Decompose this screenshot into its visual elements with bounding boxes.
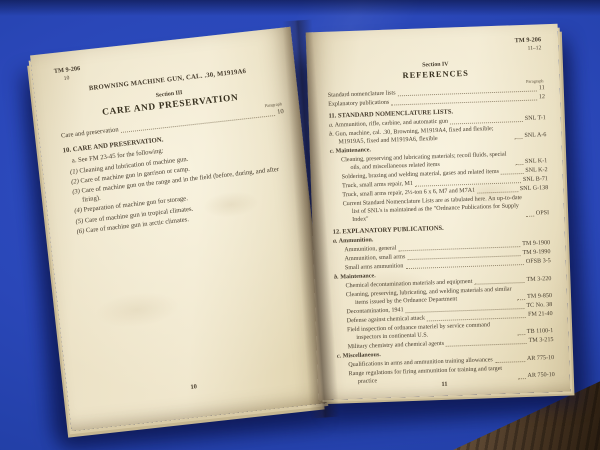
entry-letter: b. [334, 275, 339, 281]
contents-ref: 11 [539, 84, 545, 92]
right-page: TM 9-206 11–12 Section IV REFERENCES Par… [306, 24, 571, 401]
leader-dots [474, 281, 524, 285]
contents-text: Explanatory publications [328, 99, 389, 109]
entry-ref: FM 21-40 [528, 310, 553, 319]
entry-text: Ammunition, general [344, 245, 396, 253]
entry-text: Range regulations for firing ammunition … [349, 366, 503, 385]
entry-text: Miscellaneous. [343, 352, 381, 359]
entry-text: Small arms ammunition [345, 263, 404, 271]
entry-ref: SNL K-2 [525, 166, 548, 175]
leader-dots [450, 119, 523, 124]
entry-text: Maintenance. [340, 273, 376, 280]
entry-ref: AR 750-10 [527, 371, 555, 380]
entry-text: Current Standard Nomenclature Lists are … [343, 195, 522, 223]
leader-dots [517, 333, 525, 335]
contents-ref: 12 [539, 93, 545, 101]
entry-ref: SNL G-138 [520, 184, 549, 193]
entry-text: Truck, small arms repair, M1 [342, 181, 413, 189]
entry-ref: SNL K-1 [525, 157, 548, 166]
entry-ref: SNL T-1 [525, 114, 546, 123]
reference-list: a. Ammunition. Ammunition, general TM 9-… [333, 230, 555, 386]
page-number: 10 [190, 382, 197, 392]
leader-dots [477, 190, 518, 193]
item-number: (5) [75, 217, 83, 225]
entry-text: Ammunition, small arms [344, 254, 405, 262]
entry-ref: TM 9-1900 [522, 239, 550, 248]
block-number: 12. [333, 228, 341, 235]
entry-ref: TB 1100-1 [527, 327, 554, 336]
leader-dots [495, 360, 525, 363]
leader-dots [517, 298, 525, 300]
leader-dots [391, 98, 537, 105]
reference-list: a. Ammunition, rifle, carbine, and autom… [329, 114, 549, 225]
entry-ref: SNL A-6 [524, 131, 546, 140]
left-page: TM 9-206 10 BROWNING MACHINE GUN, CAL. .… [30, 27, 332, 431]
entry-text: Decontamination, 1941 [346, 307, 403, 315]
entry-ref: OFSB 3-5 [526, 257, 551, 266]
entry-ref: AR 775-10 [527, 354, 555, 363]
leader-dots [501, 171, 523, 174]
entry-ref: TC No. 38 [526, 301, 552, 310]
entry-letter: c. [330, 149, 334, 155]
entry-ref: SNL B-71 [523, 175, 548, 184]
item-number: (1) [70, 168, 78, 176]
leader-dots [514, 137, 522, 139]
leader-dots [515, 163, 523, 165]
entry-letter: a. [329, 123, 334, 129]
contents-ref: 10 [277, 107, 285, 117]
entry-letter: b. [329, 132, 334, 138]
leader-dots [526, 214, 534, 216]
right-page-header: TM 9-206 11–12 [326, 36, 541, 59]
entry-ref: TM 3-215 [529, 336, 554, 345]
page-number: 11 [441, 381, 447, 389]
entry-ref: OPSI [536, 209, 549, 217]
entry-text: Ammunition. [339, 237, 374, 244]
entry-ref: TM 3-220 [526, 275, 551, 284]
item-number: (2) [71, 178, 79, 186]
item-number: (4) [74, 207, 82, 215]
leader-dots [518, 377, 526, 379]
item-number: (6) [76, 227, 84, 235]
entry-letter: c. [337, 353, 341, 359]
entry-ref: TM 9-850 [527, 292, 552, 301]
entry-letter: a. [333, 239, 338, 245]
photo-scene: TM 9-206 10 BROWNING MACHINE GUN, CAL. .… [0, 0, 600, 450]
entry-ref: TM 9-1990 [522, 248, 550, 257]
item-number: (3) [72, 188, 80, 196]
entry-text: Maintenance. [335, 147, 371, 154]
block-number: 11. [328, 112, 336, 119]
top-shadow [0, 0, 600, 16]
